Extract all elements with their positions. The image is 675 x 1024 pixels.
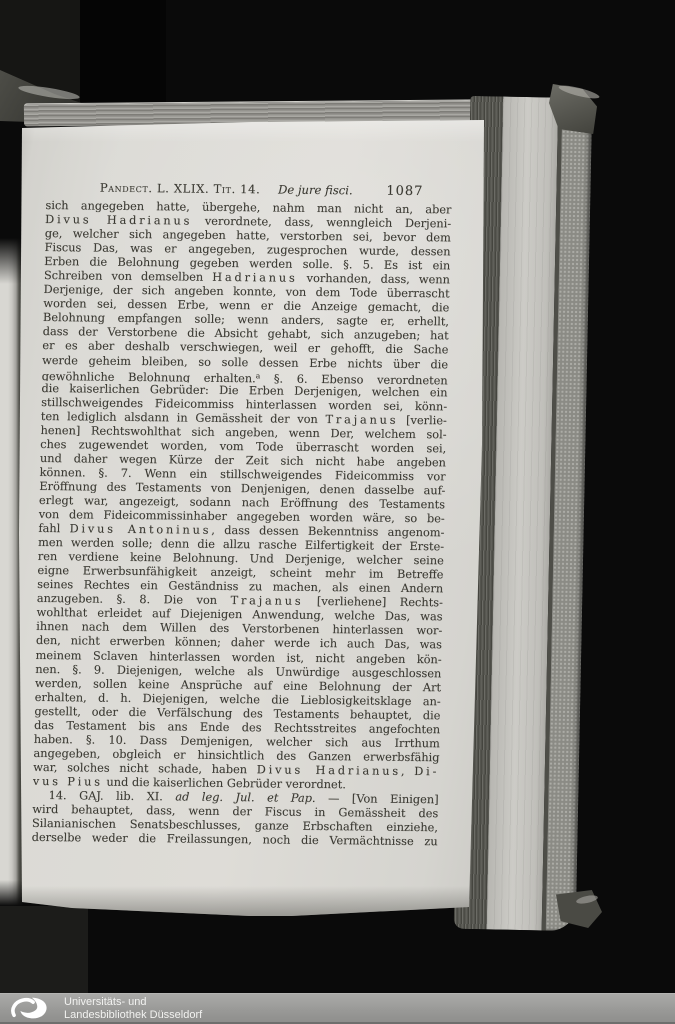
background-shadow [80, 0, 166, 103]
page-number: 1087 [386, 184, 423, 199]
running-header: Pandect. L. XLIX. Tit. 14. De jure fisci… [46, 180, 452, 198]
body-lines: sich angegeben hatte, übergehe, nahm man… [32, 198, 452, 848]
library-footer-bar: Universitäts- und Landesbibliothek Düsse… [0, 993, 675, 1024]
background-shadow [0, 906, 88, 994]
library-name: Universitäts- und Landesbibliothek Düsse… [64, 996, 202, 1022]
page-text: Pandect. L. XLIX. Tit. 14. De jure fisci… [32, 180, 452, 848]
library-name-line1: Universitäts- und [64, 996, 202, 1009]
header-title: De jure fisci. [278, 183, 353, 198]
ulb-logo-icon [5, 995, 55, 1022]
scanned-book-viewer: Pandect. L. XLIX. Tit. 14. De jure fisci… [0, 0, 675, 1024]
library-name-line2: Landesbibliothek Düsseldorf [64, 1009, 202, 1022]
book-page-scan: Pandect. L. XLIX. Tit. 14. De jure fisci… [12, 114, 490, 916]
text-line: derselbe weder die Freilassungen, noch d… [32, 830, 438, 848]
header-citation: Pandect. L. XLIX. Tit. 14. [100, 181, 261, 197]
